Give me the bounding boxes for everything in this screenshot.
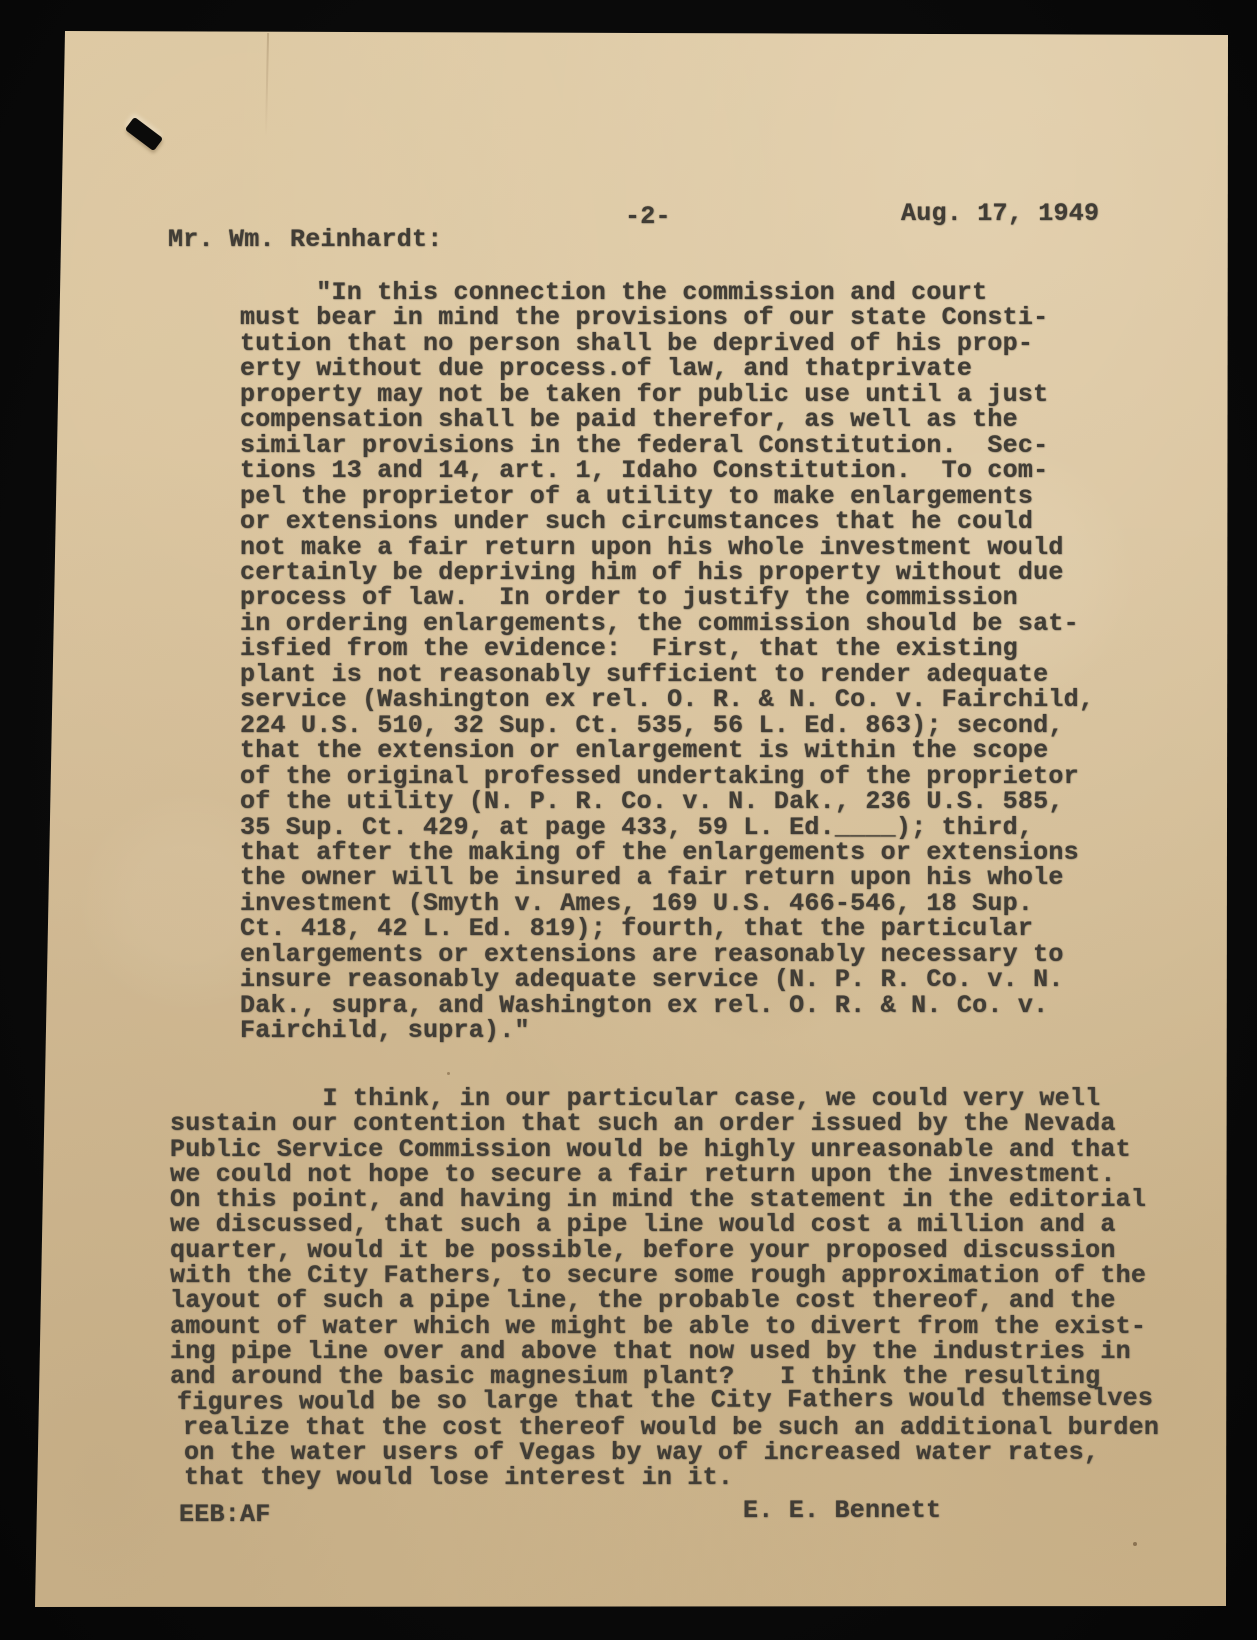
typist-initials: EEB:AF — [179, 1502, 271, 1527]
text-line: figures would be so large that the City … — [177, 1385, 1153, 1415]
text-line: sustain our contention that such an orde… — [170, 1111, 1146, 1136]
text-line: On this point, and having in mind the st… — [170, 1187, 1146, 1212]
text-line: of the utility (N. P. R. Co. v. N. Dak.,… — [240, 789, 1094, 814]
signature: E. E. Bennett — [743, 1498, 941, 1523]
text-line: Public Service Commission would be highl… — [170, 1137, 1146, 1162]
text-line: Dak., supra, and Washington ex rel. O. R… — [240, 993, 1094, 1018]
body-paragraph: I think, in our particular case, we coul… — [170, 1086, 1146, 1491]
text-line: 35 Sup. Ct. 429, at page 433, 59 L. Ed._… — [240, 815, 1094, 840]
text-line: Fairchild, supra)." — [240, 1018, 1094, 1043]
text-line: not make a fair return upon his whole in… — [240, 535, 1094, 560]
text-line: enlargements or extensions are reasonabl… — [240, 942, 1094, 967]
quoted-passage: "In this connection the commission and c… — [240, 280, 1094, 1044]
text-line: we discussed, that such a pipe line woul… — [170, 1212, 1146, 1237]
text-line: process of law. In order to justify the … — [240, 585, 1094, 610]
text-line: compensation shall be paid therefor, as … — [240, 407, 1094, 432]
text-line: realize that the cost thereof would be s… — [183, 1415, 1159, 1440]
paper-crease — [265, 33, 269, 137]
text-line: quarter, would it be possible, before yo… — [170, 1238, 1146, 1263]
text-line: the owner will be insured a fair return … — [240, 865, 1094, 890]
text-line: in ordering enlargements, the commission… — [240, 611, 1094, 636]
text-line: tions 13 and 14, art. 1, Idaho Constitut… — [240, 458, 1094, 483]
text-line: with the City Fathers, to secure some ro… — [170, 1263, 1146, 1288]
recipient-line: Mr. Wm. Reinhardt: — [168, 227, 443, 252]
text-line: isfied from the evidence: First, that th… — [240, 636, 1094, 661]
page-header: Mr. Wm. Reinhardt: -2- Aug. 17, 1949 — [0, 202, 1257, 228]
text-line: "In this connection the commission and c… — [240, 280, 1094, 305]
text-line: property may not be taken for public use… — [240, 382, 1094, 407]
text-line: layout of such a pipe line, the probable… — [170, 1288, 1146, 1313]
text-line: erty without due process.of law, and tha… — [240, 356, 1094, 381]
text-line: amount of water which we might be able t… — [170, 1314, 1146, 1339]
text-line: that the extension or enlargement is wit… — [240, 738, 1094, 763]
letter-page: Mr. Wm. Reinhardt: -2- Aug. 17, 1949 "In… — [0, 0, 1257, 1640]
text-line: that they would lose interest in it. — [184, 1465, 1160, 1490]
text-line: certainly be depriving him of his proper… — [240, 560, 1094, 585]
text-line: 224 U.S. 510, 32 Sup. Ct. 535, 56 L. Ed.… — [240, 713, 1094, 738]
paper-stain — [36, 107, 54, 123]
page-number: -2- — [625, 204, 671, 229]
paper-speck — [447, 1072, 450, 1075]
text-line: I think, in our particular case, we coul… — [170, 1086, 1146, 1111]
text-line: plant is not reasonably sufficient to re… — [240, 662, 1094, 687]
text-line: Ct. 418, 42 L. Ed. 819); fourth, that th… — [240, 916, 1094, 941]
text-line: similar provisions in the federal Consti… — [240, 433, 1094, 458]
text-line: service (Washington ex rel. O. R. & N. C… — [240, 687, 1094, 712]
text-line: must bear in mind the provisions of our … — [240, 305, 1094, 330]
text-line: insure reasonably adequate service (N. P… — [240, 967, 1094, 992]
text-line: tution that no person shall be deprived … — [240, 331, 1094, 356]
text-line: investment (Smyth v. Ames, 169 U.S. 466-… — [240, 891, 1094, 916]
text-line: on the water users of Vegas by way of in… — [184, 1440, 1160, 1465]
text-line: we could not hope to secure a fair retur… — [170, 1162, 1146, 1187]
scan-background: Mr. Wm. Reinhardt: -2- Aug. 17, 1949 "In… — [0, 0, 1257, 1640]
text-line: that after the making of the enlargement… — [240, 840, 1094, 865]
text-line: pel the proprietor of a utility to make … — [240, 484, 1094, 509]
date-line: Aug. 17, 1949 — [901, 201, 1099, 226]
paper-speck — [1133, 1542, 1137, 1546]
text-line: ing pipe line over and above that now us… — [170, 1339, 1146, 1364]
text-line: or extensions under such circumstances t… — [240, 509, 1094, 534]
text-line: of the original professed undertaking of… — [240, 764, 1094, 789]
